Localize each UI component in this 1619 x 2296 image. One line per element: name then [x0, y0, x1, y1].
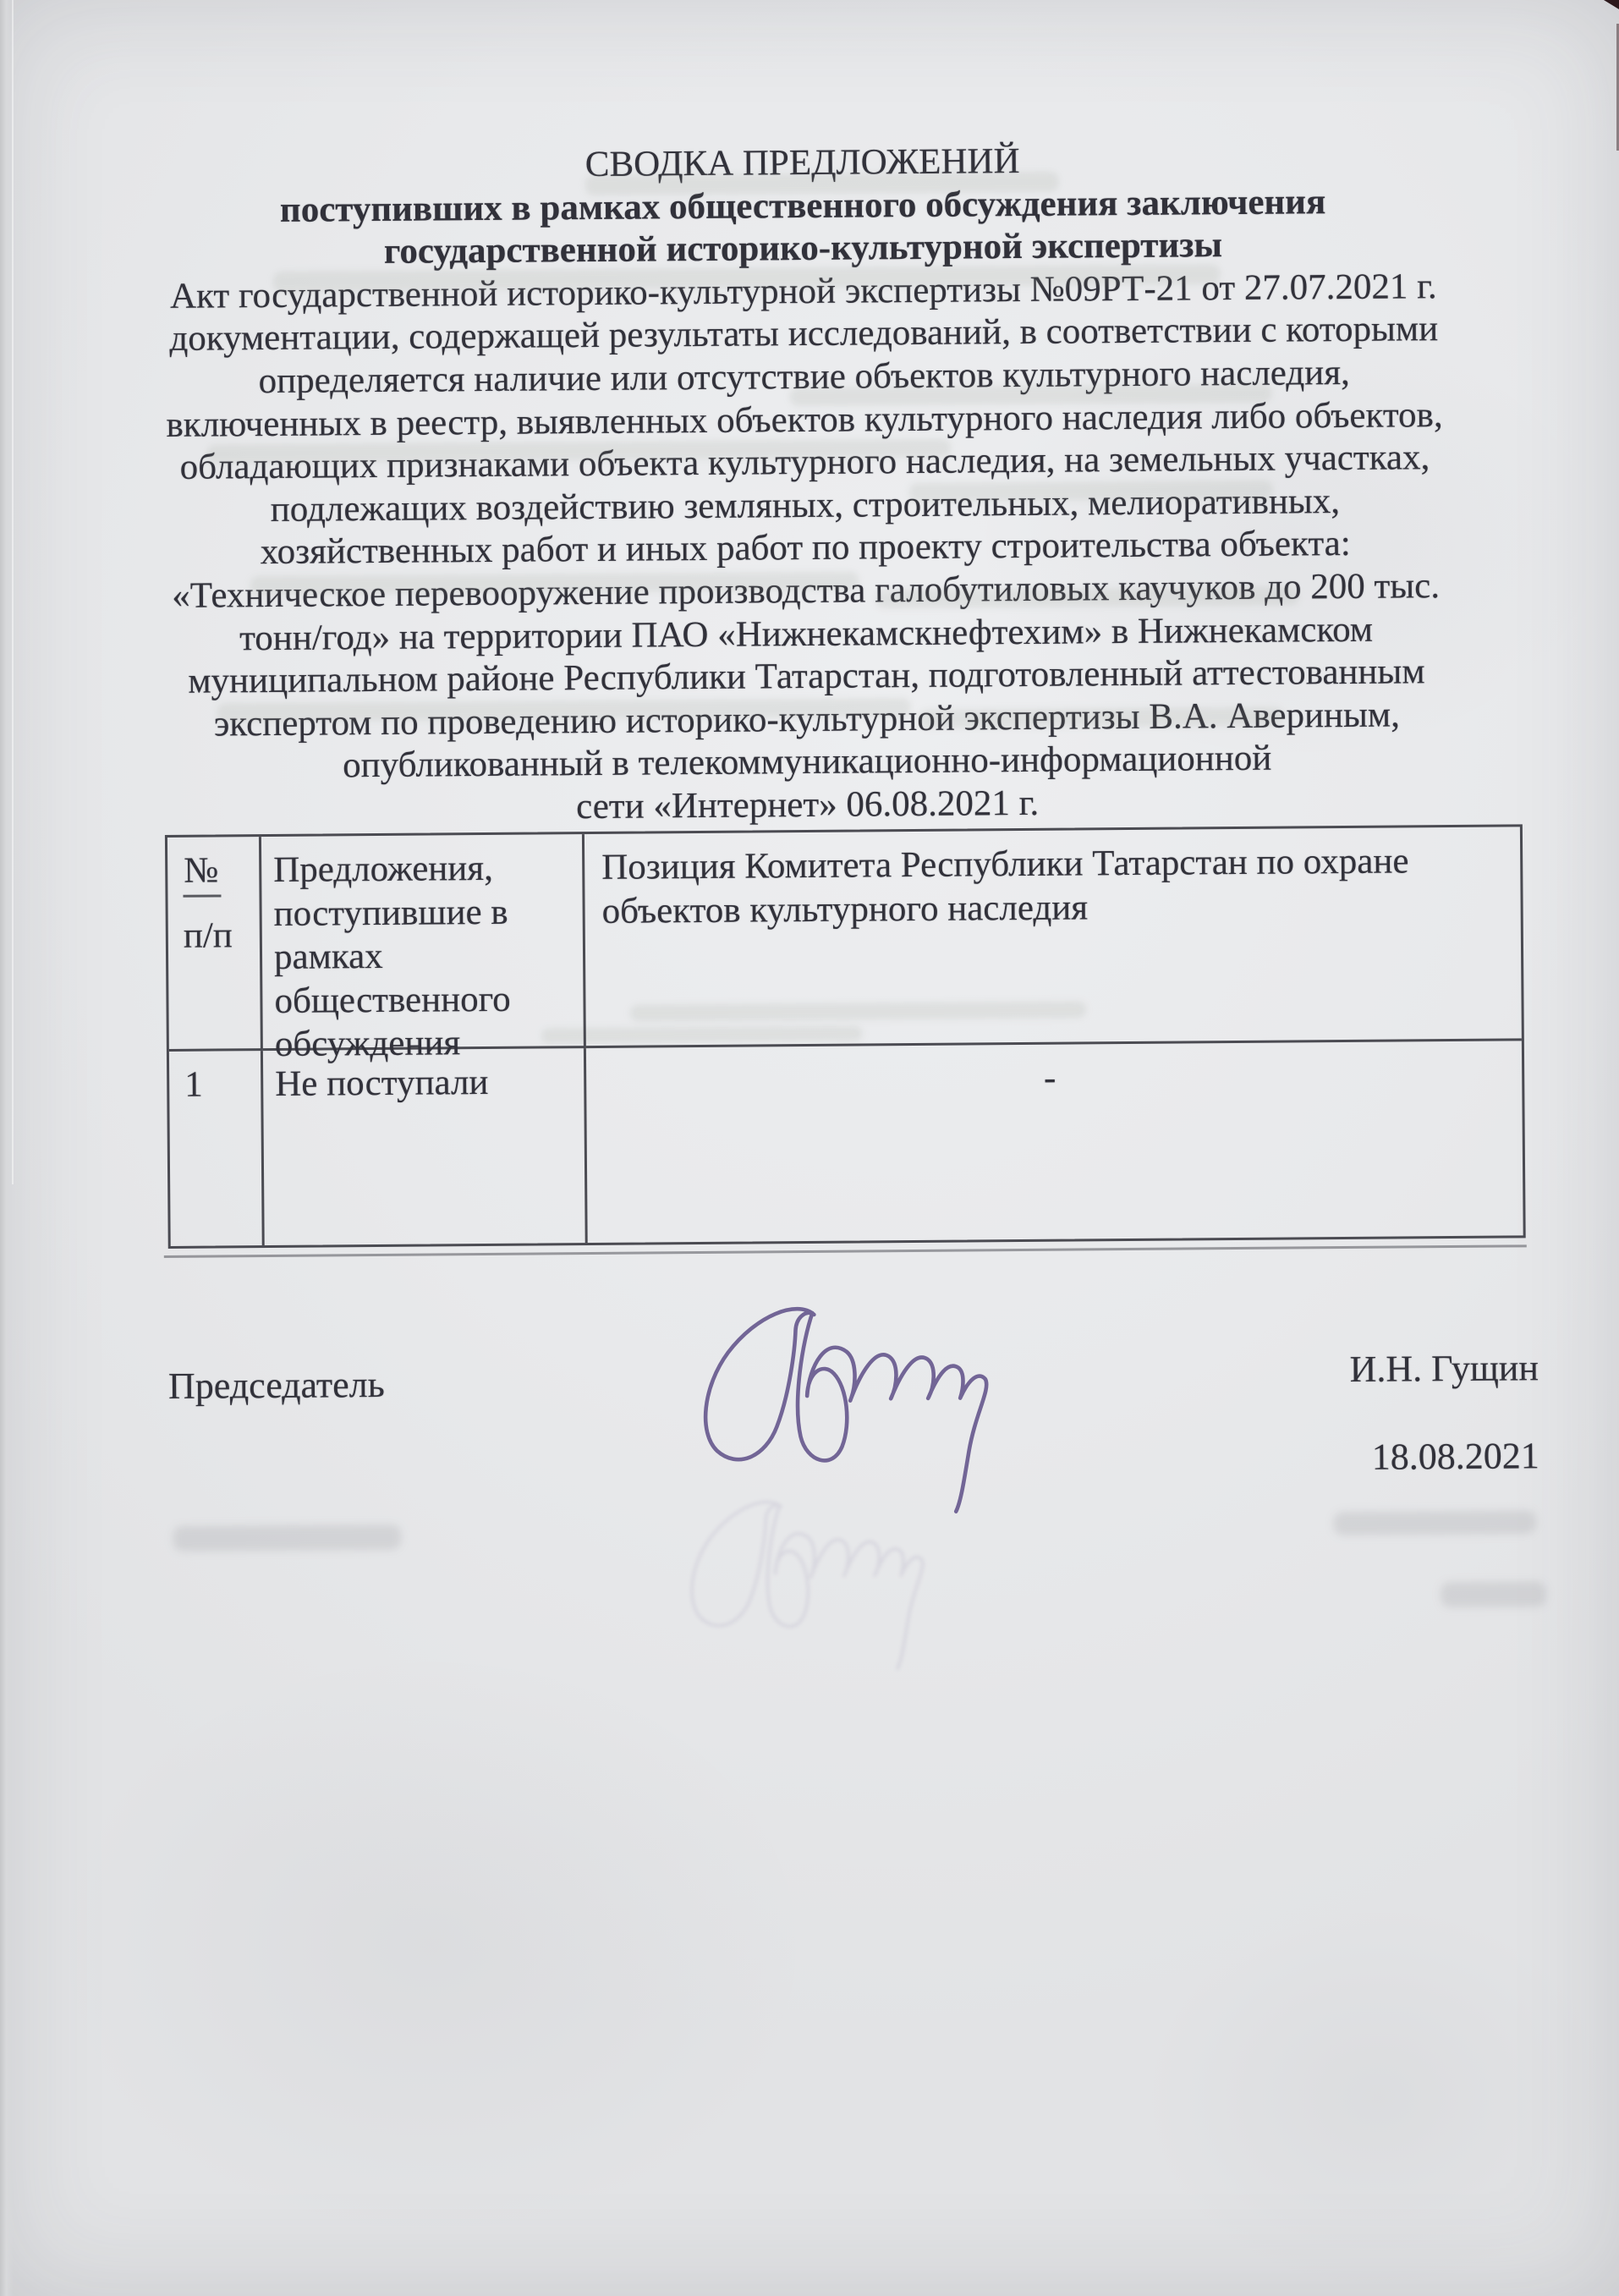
signature-date: 18.08.2021	[1331, 1434, 1539, 1479]
bleed-through-smear	[1333, 1510, 1536, 1535]
signer-role-label: Председатель	[168, 1363, 385, 1408]
signer-name: И.Н. Гущин	[1331, 1346, 1539, 1391]
table-header-proposals: Предложения, поступившие в рамках общест…	[261, 834, 586, 1051]
table-row-position: -	[586, 1041, 1523, 1243]
table-header-number: № п/п	[167, 837, 263, 1052]
document-paragraph: Акт государственной историко-культурной …	[79, 265, 1533, 832]
table-header-committee-position: Позиция Комитета Республики Татарстан по…	[584, 827, 1522, 1048]
document-content: СВОДКА ПРЕДЛОЖЕНИЙ поступивших в рамках …	[0, 0, 1619, 2296]
number-sign-header-line2: п/п	[184, 914, 251, 958]
proposals-table: № п/п Предложения, поступившие в рамках …	[165, 824, 1526, 1249]
paper-sheet: СВОДКА ПРЕДЛОЖЕНИЙ поступивших в рамках …	[0, 0, 1619, 2296]
page-left-edge-highlight	[12, 0, 14, 1184]
bleed-through-smear	[173, 1524, 401, 1552]
bleed-through-smear	[1441, 1581, 1546, 1607]
table-row-number: 1	[169, 1051, 265, 1246]
scanned-document-photo: { "document": { "title": "СВОДКА ПРЕДЛОЖ…	[0, 0, 1619, 2296]
table-row-proposals: Не поступали	[263, 1048, 588, 1245]
number-sign-header: №	[183, 849, 221, 897]
document-text-block: СВОДКА ПРЕДЛОЖЕНИЙ поступивших в рамках …	[78, 136, 1533, 832]
signature-bleed-through	[639, 1485, 964, 1682]
